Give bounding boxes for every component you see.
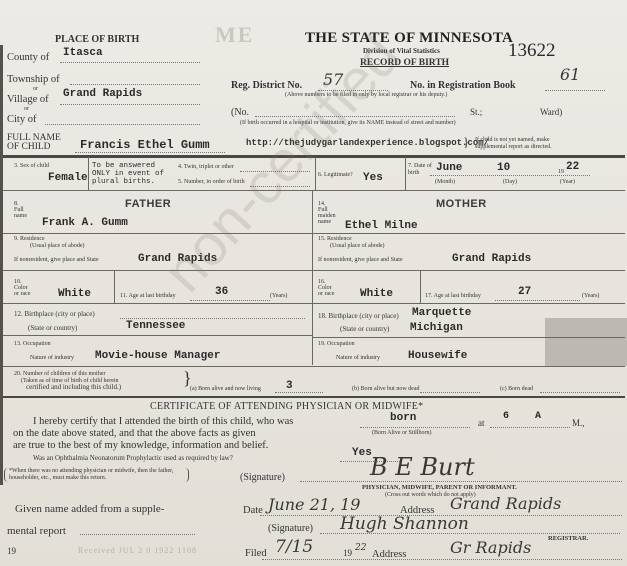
- father-name: Frank A. Gumm: [42, 217, 128, 229]
- certificate-date: June 21, 19: [268, 495, 360, 514]
- registrar-caption: REGISTRAR.: [548, 535, 588, 542]
- certify-line-2: on the date above stated, and that the a…: [13, 428, 256, 439]
- ward-label: Ward): [540, 107, 562, 117]
- page-left-edge: [0, 45, 3, 485]
- mother-birthplace-label: 18. Birthplace (city or place): [318, 312, 399, 320]
- nonresident-note: If nonresident, give place and State: [14, 257, 99, 263]
- paper-smudge: [545, 318, 627, 366]
- footnote-no-physician: *When there was no attending physician o…: [4, 468, 189, 482]
- township-label: Township of: [7, 74, 60, 85]
- prophylactic-answer: Yes: [352, 447, 372, 459]
- m-label: M.,: [572, 418, 585, 428]
- years-caption: (Years): [582, 293, 599, 299]
- faded-stamp: ME: [215, 22, 254, 48]
- child-full-name: Francis Ethel Gumm: [80, 138, 210, 152]
- physician-signature-label: (Signature): [240, 472, 285, 483]
- children-label: 20. Number of children of this mother (T…: [14, 371, 121, 391]
- father-occupation-label: 13. Occupation: [14, 341, 51, 347]
- mother-race: White: [360, 288, 393, 300]
- born-alive-value: 3: [286, 380, 293, 392]
- or-text: or: [24, 106, 29, 112]
- unnamed-note: If child is not yet named, make suppleme…: [475, 137, 552, 151]
- birth-certificate-page: ME PLACE OF BIRTH County of Itasca Towns…: [0, 0, 627, 566]
- mother-age-label: 17. Age at last birthday: [425, 293, 481, 299]
- certificate-number: 13622: [508, 40, 556, 62]
- physician-signature: B E Burt: [370, 453, 475, 481]
- day-caption: (Day): [503, 179, 517, 185]
- supplemental-label-2: mental report: [7, 525, 66, 537]
- no-label: (No.: [231, 107, 249, 118]
- sex-label: 3. Sex of child: [14, 163, 49, 169]
- mother-occupation: Housewife: [408, 350, 467, 362]
- village-label: Village of: [7, 94, 49, 105]
- plural-note: To be answered ONLY in event of plural b…: [92, 162, 172, 186]
- mother-age: 27: [518, 286, 531, 298]
- supplemental-year: 19: [7, 546, 16, 556]
- physician-address: Grand Rapids: [450, 494, 561, 513]
- mother-occupation-label: 19. Occupation: [318, 341, 355, 347]
- father-age-label: 11. Age at last birthday: [120, 293, 176, 299]
- father-birthplace-label: 12. Birthplace (city or place): [14, 310, 95, 318]
- father-heading: FATHER: [125, 198, 171, 210]
- dob-year: 22: [566, 161, 579, 173]
- filed-date: 7/15: [275, 537, 313, 557]
- supplemental-label-1: Given name added from a supple-: [15, 503, 164, 515]
- born-alive-now-dead-label: (b) Born alive but now dead: [352, 386, 419, 392]
- registrar-signature: Hugh Shannon: [340, 514, 469, 534]
- industry-label: Nature of industry: [336, 355, 380, 361]
- abode-caption: (Usual place of abode): [30, 243, 84, 249]
- born-value: born: [390, 412, 416, 424]
- state-title: THE STATE OF MINNESOTA: [305, 30, 513, 47]
- certify-line-1: I hereby certify that I attended the bir…: [33, 416, 293, 427]
- born-caption: (Born Alive or Stillborn): [372, 430, 432, 436]
- abode-caption: (Usual place of abode): [330, 243, 384, 249]
- sex-value: Female: [48, 172, 88, 184]
- registrar-signature-label: (Signature): [268, 523, 313, 534]
- nonresident-note: If nonresident, give place and State: [318, 257, 403, 263]
- state-country-label: (State or country): [28, 324, 77, 332]
- reg-book-value: 61: [560, 65, 580, 84]
- father-name-label: 8. Full name: [14, 201, 28, 219]
- industry-label: Nature of industry: [30, 355, 74, 361]
- or-text: or: [33, 86, 38, 92]
- mother-heading: MOTHER: [436, 198, 487, 210]
- born-alive-label: (a) Born alive and now living: [190, 386, 261, 392]
- mother-residence: Grand Rapids: [452, 253, 531, 265]
- month-caption: (Month): [435, 179, 455, 185]
- father-residence-label: 9. Residence: [14, 236, 45, 242]
- village-value: Grand Rapids: [63, 88, 142, 100]
- twin-label: 4. Twin, triplet or other: [178, 164, 234, 170]
- at-label: at: [478, 418, 485, 428]
- reg-district-label: Reg. District No.: [231, 80, 302, 91]
- mother-residence-label: 15. Residence: [318, 236, 352, 242]
- street-label: St.;: [470, 107, 482, 117]
- mother-birthplace-state: Michigan: [410, 322, 463, 334]
- father-birthplace-state: Tennessee: [126, 320, 185, 332]
- county-label: County of: [7, 52, 49, 63]
- place-of-birth-heading: PLACE OF BIRTH: [55, 34, 139, 45]
- year-caption: (Year): [560, 179, 575, 185]
- father-occupation: Movie-house Manager: [95, 350, 220, 362]
- father-age: 36: [215, 286, 228, 298]
- mother-name: Ethel Milne: [345, 220, 418, 232]
- city-label: City of: [7, 114, 36, 125]
- years-caption: (Years): [270, 293, 287, 299]
- filed-year-prefix: 19: [343, 548, 352, 558]
- county-value: Itasca: [63, 47, 103, 59]
- mother-birthplace-city: Marquette: [412, 307, 471, 319]
- physician-caption: PHYSICIAN, MIDWIFE, PARENT OR INFORMANT.: [362, 484, 517, 491]
- dob-month: June: [436, 162, 462, 174]
- mother-name-label: 14. Full maiden name: [318, 201, 336, 225]
- registrar-address: Gr Rapids: [450, 538, 531, 557]
- filed-year: 22: [355, 543, 366, 553]
- full-name-label: FULL NAME OF CHILD: [7, 134, 61, 152]
- state-country-label: (State or country): [340, 325, 389, 333]
- mother-race-label: 16. Color or race: [318, 279, 338, 297]
- brace: }: [463, 134, 469, 150]
- father-race: White: [58, 288, 91, 300]
- legitimate-value: Yes: [363, 172, 383, 184]
- prophylactic-question: Was an Ophthalmia Neonatorum Prophylacti…: [33, 454, 233, 462]
- dob-day: 10: [497, 162, 510, 174]
- filed-label: Filed: [245, 548, 267, 559]
- birth-hour: 6: [503, 411, 509, 422]
- birth-am: A: [535, 411, 541, 422]
- received-stamp: Received JUL 2 0 1922 1108: [78, 546, 197, 555]
- father-race-label: 10. Color or race: [14, 279, 34, 297]
- certificate-heading: CERTIFICATE OF ATTENDING PHYSICIAN OR MI…: [150, 401, 423, 412]
- born-dead-label: (c) Born dead: [500, 386, 533, 392]
- certify-line-3: are true to the best of my knowledge, in…: [13, 440, 268, 451]
- reg-book-label: No. in Registration Book: [410, 80, 516, 91]
- legitimate-label: 6. Legitimate?: [318, 172, 353, 178]
